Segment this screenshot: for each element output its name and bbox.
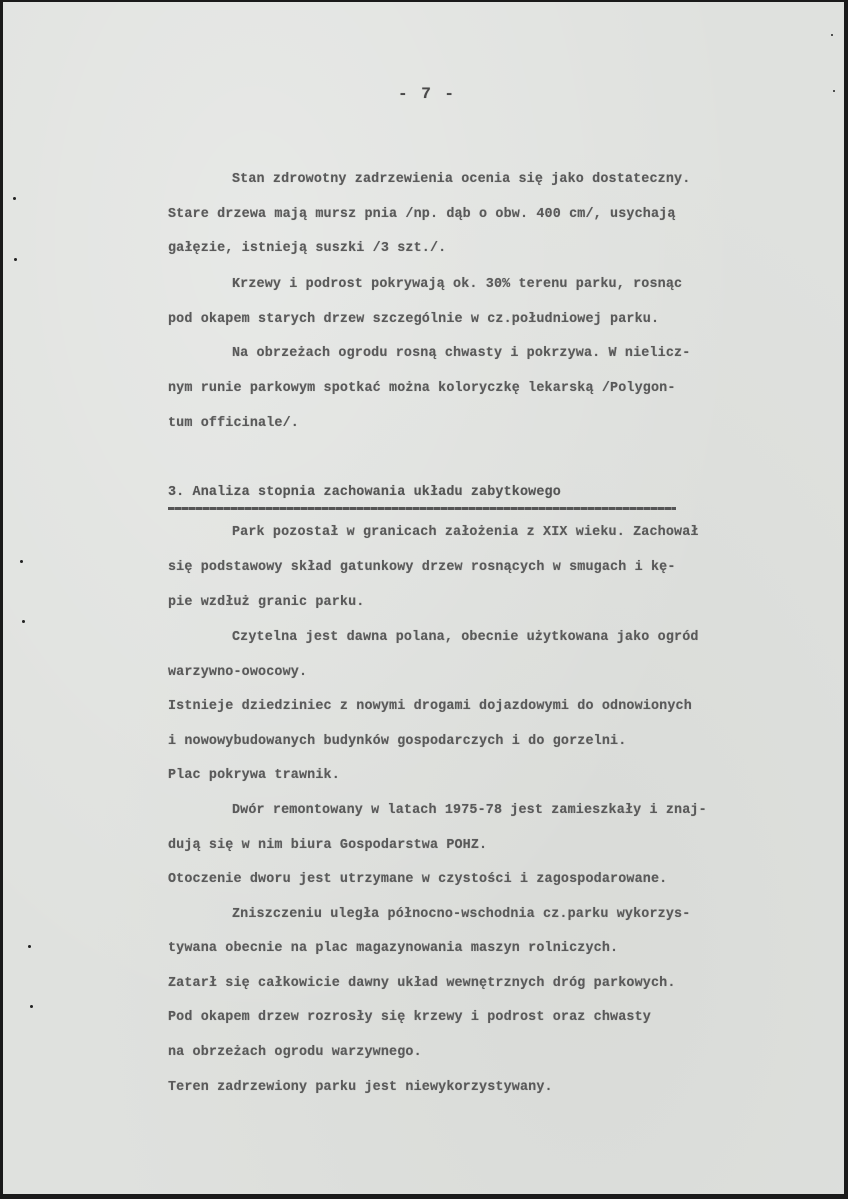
text-line: Park pozostał w granicach założenia z XI… <box>232 526 699 539</box>
text-line: się podstawowy skład gatunkowy drzew ros… <box>168 561 676 574</box>
text-line: tywana obecnie na plac magazynowania mas… <box>168 942 618 955</box>
document-page: - 7 - Stan zdrowotny zadrzewienia ocenia… <box>3 2 844 1194</box>
text-line: dują się w nim biura Gospodarstwa POHZ. <box>168 839 487 852</box>
text-line: nym runie parkowym spotkać można koloryc… <box>168 382 676 395</box>
text-line: Zatarł się całkowicie dawny układ wewnęt… <box>168 977 676 990</box>
text-line: Otoczenie dworu jest utrzymane w czystoś… <box>168 873 667 886</box>
text-line: Pod okapem drzew rozrosły się krzewy i p… <box>168 1011 651 1024</box>
margin-mark <box>833 90 835 92</box>
text-line: warzywno-owocowy. <box>168 666 307 679</box>
text-line: i nowowybudowanych budynków gospodarczyc… <box>168 735 626 748</box>
margin-mark <box>14 258 17 261</box>
margin-mark <box>831 34 833 36</box>
section-heading: 3. Analiza stopnia zachowania układu zab… <box>168 486 561 499</box>
margin-mark <box>20 560 23 563</box>
margin-mark <box>28 945 31 948</box>
text-line: Zniszczeniu uległa północno-wschodnia cz… <box>232 908 690 921</box>
text-line: na obrzeżach ogrodu warzywnego. <box>168 1046 422 1059</box>
page-number: - 7 - <box>398 86 456 102</box>
text-line: pod okapem starych drzew szczególnie w c… <box>168 313 659 326</box>
text-line: Teren zadrzewiony parku jest niewykorzys… <box>168 1081 553 1094</box>
text-line: Plac pokrywa trawnik. <box>168 769 340 782</box>
text-line: Dwór remontowany w latach 1975-78 jest z… <box>232 804 707 817</box>
text-line: Czytelna jest dawna polana, obecnie użyt… <box>232 631 699 644</box>
margin-mark <box>30 1005 33 1008</box>
text-line: gałęzie, istnieją suszki /3 szt./. <box>168 242 446 255</box>
text-line: Stare drzewa mają mursz pnia /np. dąb o … <box>168 208 676 221</box>
margin-mark <box>13 197 16 200</box>
text-line: Krzewy i podrost pokrywają ok. 30% teren… <box>232 278 682 291</box>
text-line: Istnieje dziedziniec z nowymi drogami do… <box>168 700 692 713</box>
text-line: pie wzdłuż granic parku. <box>168 596 364 609</box>
heading-underline <box>168 507 676 510</box>
text-line: tum officinale/. <box>168 417 299 430</box>
text-line: Stan zdrowotny zadrzewienia ocenia się j… <box>232 173 690 186</box>
text-line: Na obrzeżach ogrodu rosną chwasty i pokr… <box>232 347 690 360</box>
margin-mark <box>22 620 25 623</box>
